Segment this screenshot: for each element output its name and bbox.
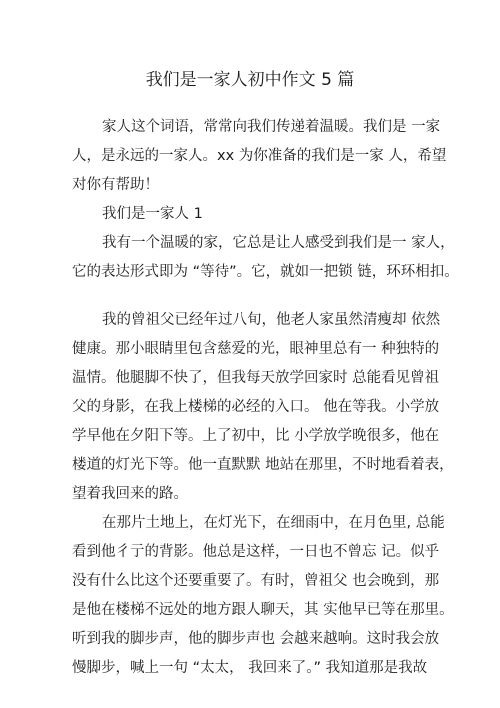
text-line: 听到我的脚步声，他的脚步声也 会越来越响。这时我会放 — [72, 629, 439, 649]
text-line: 我的曾祖父已经年过八旬，他老人家虽然清瘦却 依然 — [102, 310, 440, 330]
text-line: 是他在楼梯不远处的地方跟人聊天，其 实他早已等在那里。 — [72, 600, 454, 620]
text-line: 我有一个温暖的家，它总是让人感受到我们是一 家人， — [102, 233, 455, 253]
text-line: 慢脚步，喊上一句 “太太， 我回来了。” 我知道那是我故 — [72, 658, 427, 678]
text-line: 父的身影，在我上楼梯的必经的入口。 他在等我。小学放 — [72, 397, 439, 417]
text-line: 健康。那小眼睛里包含慈爱的光，眼神里总有一 种独特的 — [72, 339, 439, 359]
text-line: 家人这个词语，常常向我们传递着温暖。我们是 一家 — [102, 117, 440, 137]
text-line: 人，是永远的一家人。xx 为你准备的我们是一家 人，希望 — [72, 146, 446, 166]
text-line: 望着我回来的路。 — [72, 484, 188, 504]
text-line: 看到他彳亍的背影。他总是这样，一日也不曾忘 记。似乎 — [72, 542, 439, 562]
text-line: 它的表达形式即为 “等待”。它，就如一把锁 链，环环相扣。 — [72, 262, 459, 282]
text-line: 楼道的灯光下等。他一直默默 地站在那里，不时地看着表， — [72, 455, 454, 475]
text-line: 学早他在夕阳下等。上了初中，比 小学放学晚很多，他在 — [72, 426, 439, 446]
text-line: 温情。他腿脚不快了，但我每天放学回家时 总能看见曾祖 — [72, 368, 439, 388]
text-line: 对你有帮助！ — [72, 175, 159, 195]
section-heading: 我们是一家人 1 — [102, 204, 203, 224]
text-line: 没有什么比这个还要重要了。有时，曾祖父 也会晚到，那 — [72, 571, 439, 591]
document-title: 我们是一家人初中作文 5 篇 — [0, 68, 500, 92]
text-line: 在那片土地上，在灯光下，在细雨中，在月色里, 总能 — [102, 513, 445, 533]
